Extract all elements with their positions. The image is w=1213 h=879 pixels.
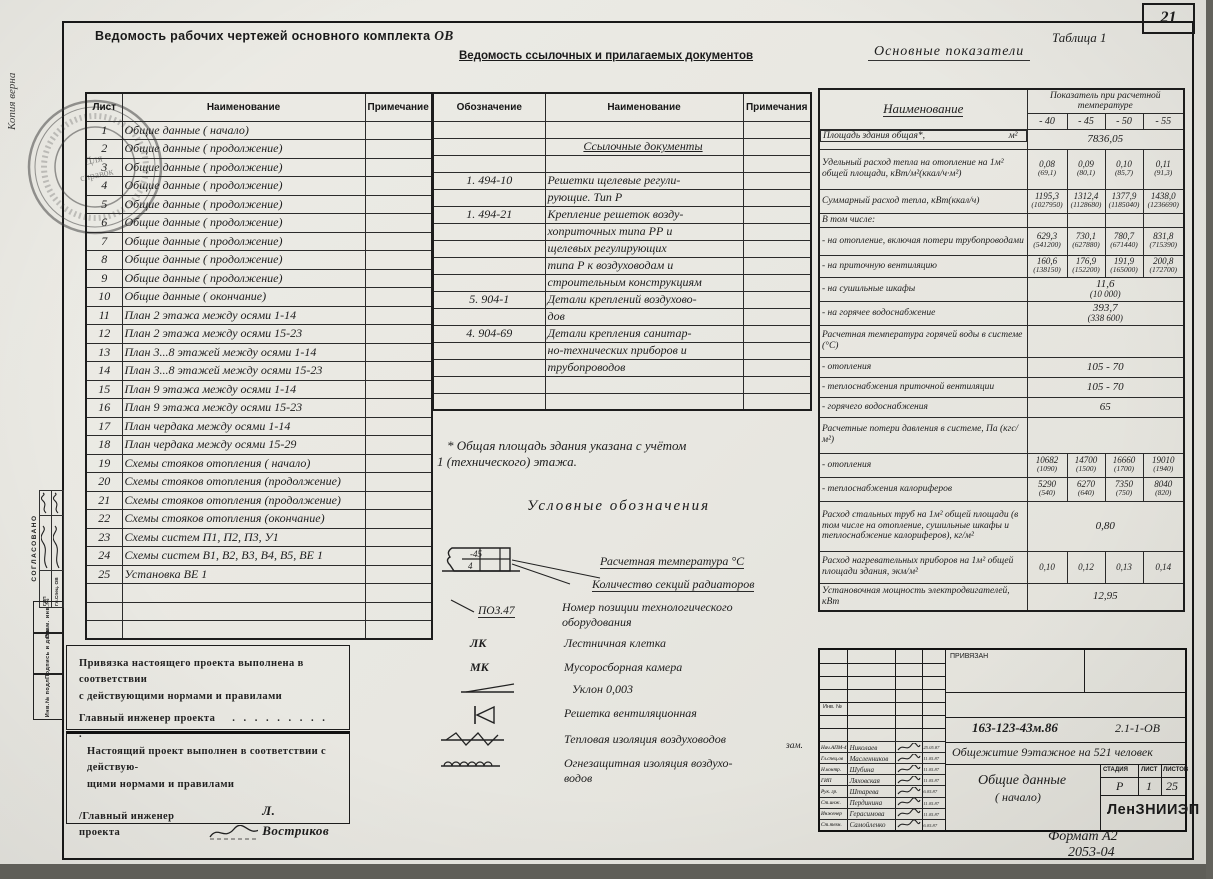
signature-date: 11.05.87 bbox=[923, 767, 945, 772]
vbox-inv: Инв.№ подл. bbox=[33, 673, 63, 720]
drawings-row: 1Общие данные ( начало) bbox=[86, 121, 432, 140]
title-block: ПРИВЯЗАН Инв. № 163-123-43м.86 2.1-1-ОВ … bbox=[818, 648, 1187, 832]
inv-podl-label: Инв.№ подл. bbox=[45, 676, 51, 716]
sheet-no-cell: 3 bbox=[86, 158, 122, 177]
ind-row: - на горячее водоснабжение393,7(338 600) bbox=[819, 301, 1184, 325]
drawings-row: 22Схемы стояков отопления (окончание) bbox=[86, 510, 432, 529]
sheet-no-cell: 16 bbox=[86, 399, 122, 418]
ref-note-cell bbox=[743, 376, 811, 393]
signature-name: Самойленко bbox=[848, 821, 897, 829]
mk-symbol: МК bbox=[470, 660, 489, 674]
ind-value-cell: 7350(750) bbox=[1105, 477, 1143, 501]
sheet-note-cell bbox=[365, 214, 432, 233]
sheet-no-cell: 14 bbox=[86, 362, 122, 381]
ind-value-paren: (671440) bbox=[1108, 241, 1141, 249]
ref-name-cell bbox=[545, 155, 743, 172]
legend-mk-label: Мусоросборная камера bbox=[564, 660, 682, 675]
sheet-no-cell: 19 bbox=[86, 454, 122, 473]
ind-row: В том числе: bbox=[819, 213, 1184, 227]
sheet-name-cell: План чердака между осями 15-29 bbox=[122, 436, 365, 455]
ind-row: Расчетная температура горячей воды в сис… bbox=[819, 325, 1184, 357]
indicators-table-container: НаименованиеПоказатель при расчетной тем… bbox=[818, 88, 1185, 612]
ind-span-cell: 65 bbox=[1027, 397, 1184, 417]
ref-row bbox=[433, 393, 811, 410]
vbox-podpis: Подпись и дата bbox=[33, 632, 63, 675]
drawings-row: 17План чердака между осями 1-14 bbox=[86, 417, 432, 436]
privyazan-label: ПРИВЯЗАН bbox=[950, 653, 988, 660]
drawing-title: Общие данные bbox=[978, 773, 1066, 789]
ref-table: ОбозначениеНаименованиеПримечанияСсылочн… bbox=[432, 92, 812, 411]
drawings-table-container: ЛистНаименованиеПримечание1Общие данные … bbox=[85, 92, 433, 640]
ind-value-cell: 1438,0(1236690) bbox=[1143, 189, 1184, 213]
ref-designation-cell: 1. 494-10 bbox=[433, 172, 545, 189]
drawings-row: 7Общие данные ( продолжение) bbox=[86, 232, 432, 251]
sheet-note-cell bbox=[365, 251, 432, 270]
ind-span-cell: 393,7(338 600) bbox=[1027, 301, 1184, 325]
ind-value-paren: (820) bbox=[1146, 489, 1182, 497]
sheet-no-cell: 23 bbox=[86, 528, 122, 547]
ref-note-cell bbox=[743, 308, 811, 325]
ref-note-cell bbox=[743, 291, 811, 308]
format-note: Формат А2 bbox=[1048, 829, 1118, 845]
agreed-label: СОГЛАСОВАНО bbox=[31, 488, 38, 608]
ind-span-main: 105 - 70 bbox=[1030, 382, 1182, 393]
ref-designation-cell bbox=[433, 308, 545, 325]
signature-date: 11.05.87 bbox=[923, 812, 945, 817]
ind-header-row-1: НаименованиеПоказатель при расчетной тем… bbox=[819, 89, 1184, 113]
chief-engineer-signature-icon bbox=[208, 825, 258, 841]
lk-symbol: ЛК bbox=[470, 636, 486, 650]
ind-value-main: 0,14 bbox=[1146, 563, 1182, 572]
sheet-number-box: 21 bbox=[1142, 3, 1195, 34]
sheet-note-cell bbox=[365, 491, 432, 510]
sheet-no-cell: 2 bbox=[86, 140, 122, 159]
ind-label-cell: В том числе: bbox=[819, 213, 1027, 227]
sheet-no-cell: 21 bbox=[86, 491, 122, 510]
sheet-note-cell bbox=[365, 325, 432, 344]
ref-name-cell: дов bbox=[545, 308, 743, 325]
order-code: 2053-04 bbox=[1068, 845, 1115, 861]
ref-row: Ссылочные документы bbox=[433, 138, 811, 155]
sheet-note-cell bbox=[365, 177, 432, 196]
ref-note-cell bbox=[743, 206, 811, 223]
signature-scribble-icon bbox=[53, 525, 61, 569]
approval2-line1: Настоящий проект выполнен в соответствии… bbox=[79, 744, 337, 777]
ref-designation-cell bbox=[433, 223, 545, 240]
signature-mark bbox=[897, 816, 924, 834]
sheet-no-cell: 7 bbox=[86, 232, 122, 251]
signature-name: Штарева bbox=[848, 788, 897, 796]
agreed-date bbox=[40, 491, 52, 516]
ind-label-cell: Площадь здания общая*,м² bbox=[820, 130, 1027, 143]
ind-row: Расчетные потери давления в системе, Па … bbox=[819, 417, 1184, 453]
ind-value-cell: 176,9(152200) bbox=[1067, 255, 1105, 277]
ref-designation-cell bbox=[433, 257, 545, 274]
stage-label: СТАДИЯ bbox=[1103, 767, 1128, 773]
radiator-symbol: -454 bbox=[440, 534, 610, 590]
ind-value-paren: (1090) bbox=[1030, 465, 1065, 473]
ref-designation-cell bbox=[433, 274, 545, 291]
ref-note-cell bbox=[743, 257, 811, 274]
signature-role: Н.контр. bbox=[820, 767, 848, 773]
ind-span-main: 7836,05 bbox=[1030, 134, 1182, 145]
ref-row: трубопроводов bbox=[433, 359, 811, 376]
drawings-header-1: Наименование bbox=[122, 93, 365, 121]
approval2-name: Л. Востриков bbox=[262, 801, 337, 841]
ref-name-cell bbox=[545, 376, 743, 393]
project-title: Общежитие 9этажное на 521 человек bbox=[952, 745, 1153, 760]
approval2-signoff: /Главный инженер проекта bbox=[79, 809, 204, 842]
approval2-line2: щими нормами и правилами bbox=[79, 777, 337, 793]
ind-label-cell: - на сушильные шкафы bbox=[819, 277, 1027, 301]
ref-name-cell: Крепление решеток возду- bbox=[545, 206, 743, 223]
signature-name: Ляховская bbox=[848, 777, 897, 785]
sheet-value: 1 bbox=[1146, 779, 1152, 794]
ref-row: 1. 494-10Решетки щелевые регули- bbox=[433, 172, 811, 189]
sheet-note-cell bbox=[365, 121, 432, 140]
radiator-temp: -45 bbox=[470, 549, 482, 559]
ref-designation-cell bbox=[433, 189, 545, 206]
sheet-no-cell: 11 bbox=[86, 306, 122, 325]
legend-radiator-sections: Количество секций радиаторов bbox=[592, 577, 754, 592]
ref-row bbox=[433, 376, 811, 393]
ind-span-cell: 105 - 70 bbox=[1027, 357, 1184, 377]
ind-value-cell: 629,3(541200) bbox=[1027, 227, 1067, 255]
ref-note-cell bbox=[743, 155, 811, 172]
sheet-name-cell: Общие данные ( продолжение) bbox=[122, 195, 365, 214]
drawings-row: 16План 9 этажа между осями 15-23 bbox=[86, 399, 432, 418]
stage-value: Р bbox=[1116, 779, 1123, 794]
ref-name-cell: но-технических приборов и bbox=[545, 342, 743, 359]
ind-value-cell: 0,09(80,1) bbox=[1067, 149, 1105, 189]
ind-row: - отопления10682(1090)14700(1500)16660(1… bbox=[819, 453, 1184, 477]
sheet-name-cell: Схемы стояков отопления ( начало) bbox=[122, 454, 365, 473]
ind-value-cell bbox=[1027, 213, 1067, 227]
ref-designation-cell bbox=[433, 138, 545, 155]
ind-value-paren: (85,7) bbox=[1108, 169, 1141, 177]
sheet-note-cell bbox=[365, 528, 432, 547]
ind-value-cell: 0,11(91,3) bbox=[1143, 149, 1184, 189]
sheet-note-cell bbox=[365, 436, 432, 455]
signature-role: Ст.инж. bbox=[820, 800, 848, 806]
ref-name-cell: щелевых регулирующих bbox=[545, 240, 743, 257]
ind-value-cell: 0,12 bbox=[1067, 551, 1105, 583]
drawings-header-row: ЛистНаименованиеПримечание bbox=[86, 93, 432, 121]
approval-box-2: Настоящий проект выполнен в соответствии… bbox=[66, 731, 350, 824]
ind-row: Площадь здания общая*,м²7836,05 bbox=[819, 129, 1184, 149]
drawings-row: 8Общие данные ( продолжение) bbox=[86, 251, 432, 270]
ind-label-cell: Расчетная температура горячей воды в сис… bbox=[819, 325, 1027, 357]
drawing-title-2: ( начало) bbox=[995, 790, 1041, 805]
drawings-row: 12План 2 этажа между осями 15-23 bbox=[86, 325, 432, 344]
organization: ЛенЗНИИЭП bbox=[1107, 802, 1200, 818]
ind-value-cell: 19010(1940) bbox=[1143, 453, 1184, 477]
ref-name-cell: рующие. Тип Р bbox=[545, 189, 743, 206]
signature-date: 6.05.87 bbox=[923, 823, 945, 828]
ref-name-cell: строительным конструкциям bbox=[545, 274, 743, 291]
ind-span-main: 65 bbox=[1030, 402, 1182, 413]
ind-value-paren: (750) bbox=[1108, 489, 1141, 497]
ind-row: Суммарный расход тепла, кВт(ккал/ч)1195,… bbox=[819, 189, 1184, 213]
ind-value-paren: (541200) bbox=[1030, 241, 1065, 249]
legend-fire-label: Огнезащитная изоляция воздухо-водов bbox=[564, 756, 733, 786]
indicators-table: НаименованиеПоказатель при расчетной тем… bbox=[818, 88, 1185, 612]
ind-value-cell: 6270(640) bbox=[1067, 477, 1105, 501]
ind-row: - теплоснабжения приточной вентиляции105… bbox=[819, 377, 1184, 397]
sheet-note-cell bbox=[365, 306, 432, 325]
ind-row: Установочная мощность электродвигателей,… bbox=[819, 583, 1184, 611]
ind-row: - отопления105 - 70 bbox=[819, 357, 1184, 377]
drawings-row: 19Схемы стояков отопления ( начало) bbox=[86, 454, 432, 473]
sheet-no-cell: 5 bbox=[86, 195, 122, 214]
footnote: * Общая площадь здания указана с учётом … bbox=[447, 438, 686, 470]
ref-row bbox=[433, 155, 811, 172]
ref-name-cell: Ссылочные документы bbox=[545, 138, 743, 155]
ref-header-0: Обозначение bbox=[433, 93, 545, 121]
temp-header-0: - 40 bbox=[1027, 113, 1067, 129]
ind-value-cell: 14700(1500) bbox=[1067, 453, 1105, 477]
ind-value-paren: (1027950) bbox=[1030, 201, 1065, 209]
ref-row: 4. 904-69Детали крепления санитар- bbox=[433, 325, 811, 342]
slope-symbol-icon bbox=[460, 680, 516, 696]
indicators-title: Основные показатели bbox=[868, 44, 1030, 61]
drawings-empty-row bbox=[86, 602, 432, 621]
thermal-insulation-symbol-icon bbox=[440, 730, 506, 748]
ind-value-cell: 10682(1090) bbox=[1027, 453, 1067, 477]
sheet-note-cell bbox=[365, 343, 432, 362]
sheet-name-cell: Общие данные ( продолжение) bbox=[122, 269, 365, 288]
ind-label-cell: - теплоснабжения приточной вентиляции bbox=[819, 377, 1027, 397]
temp-header-3: - 55 bbox=[1143, 113, 1184, 129]
drawings-row: 14План 3...8 этажей между осями 15-23 bbox=[86, 362, 432, 381]
sheet-name-cell: План 3...8 этажей между осями 1-14 bbox=[122, 343, 365, 362]
legend-lk-symbol: ЛК bbox=[470, 636, 486, 651]
ind-span-main: 393,7 bbox=[1030, 303, 1182, 314]
ind-span-cell bbox=[1027, 325, 1184, 357]
sheet-name-cell: Общие данные ( продолжение) bbox=[122, 177, 365, 196]
signature-role: Инженер bbox=[820, 811, 848, 817]
ref-designation-cell bbox=[433, 240, 545, 257]
sheet-note-cell bbox=[365, 473, 432, 492]
legend-title: Условные обозначения bbox=[527, 498, 710, 515]
sheet-no-cell: 9 bbox=[86, 269, 122, 288]
approval1-line2: с действующими нормами и правилами bbox=[79, 689, 337, 705]
ref-name-cell bbox=[545, 393, 743, 410]
ref-designation-cell: 1. 494-21 bbox=[433, 206, 545, 223]
ref-row: строительным конструкциям bbox=[433, 274, 811, 291]
drawings-empty-row bbox=[86, 621, 432, 640]
sheet-no-cell: 12 bbox=[86, 325, 122, 344]
slope-label: Уклон 0,003 bbox=[572, 682, 633, 696]
sheet-no-cell: 13 bbox=[86, 343, 122, 362]
indicators-name-header: Наименование bbox=[819, 89, 1027, 129]
drawings-empty-row bbox=[86, 584, 432, 603]
ind-value-cell: 5290(540) bbox=[1027, 477, 1067, 501]
ind-label-cell: Расчетные потери давления в системе, Па … bbox=[819, 417, 1027, 453]
ind-value-paren: (1940) bbox=[1146, 465, 1182, 473]
sheet-note-cell bbox=[365, 232, 432, 251]
sheet-no-cell: 20 bbox=[86, 473, 122, 492]
signature-name: Герасимова bbox=[848, 810, 897, 818]
sheet-no-cell: 18 bbox=[86, 436, 122, 455]
grille-label: Решетка вентиляционная bbox=[564, 706, 697, 720]
drawings-header-0: Лист bbox=[86, 93, 122, 121]
ind-value-paren: (1236690) bbox=[1146, 201, 1182, 209]
sheet-name-cell: Общие данные ( продолжение) bbox=[122, 158, 365, 177]
sheet-name-cell: Общие данные ( продолжение) bbox=[122, 251, 365, 270]
scanned-sheet: 21 Копия верна Для справок СОГЛАСОВАНО Г… bbox=[0, 0, 1206, 864]
ind-value-paren: (152200) bbox=[1070, 266, 1103, 274]
ind-value-main: 0,12 bbox=[1070, 563, 1103, 572]
ind-value-paren: (80,1) bbox=[1070, 169, 1103, 177]
ind-value-paren: (640) bbox=[1070, 489, 1103, 497]
ref-row: 5. 904-1Детали креплений воздухово- bbox=[433, 291, 811, 308]
ind-label-cell: - на горячее водоснабжение bbox=[819, 301, 1027, 325]
ref-designation-cell bbox=[433, 359, 545, 376]
sheet-note-cell bbox=[365, 565, 432, 584]
ind-value-main: 0,13 bbox=[1108, 563, 1141, 572]
ind-value-cell: 160,6(138150) bbox=[1027, 255, 1067, 277]
ind-value-cell bbox=[1105, 213, 1143, 227]
signature-scribble-icon bbox=[53, 492, 60, 514]
ind-value-cell: 0,10 bbox=[1027, 551, 1067, 583]
ref-name-cell: Детали креплений воздухово- bbox=[545, 291, 743, 308]
ref-row: дов bbox=[433, 308, 811, 325]
ref-row: типа Р к воздуховодам и bbox=[433, 257, 811, 274]
drawings-row: 24Схемы систем В1, В2, В3, В4, В5, ВЕ 1 bbox=[86, 547, 432, 566]
drawings-row: 3Общие данные ( продолжение) bbox=[86, 158, 432, 177]
ref-row: но-технических приборов и bbox=[433, 342, 811, 359]
radiator-sections-label: Количество секций радиаторов bbox=[592, 577, 754, 592]
sheet-no-cell: 10 bbox=[86, 288, 122, 307]
drawings-row: 20Схемы стояков отопления (продолжение) bbox=[86, 473, 432, 492]
signature-date: 6.05.87 bbox=[923, 789, 945, 794]
ind-label-cell: Удельный расход тепла на отопление на 1м… bbox=[819, 149, 1027, 189]
ind-value-main: 0,10 bbox=[1030, 563, 1065, 572]
ind-label-cell: - теплоснабжения калориферов bbox=[819, 477, 1027, 501]
ref-note-cell bbox=[743, 274, 811, 291]
ind-value-paren: (1185040) bbox=[1108, 201, 1141, 209]
pos-label-2: оборудования bbox=[562, 615, 733, 630]
pos-label-1: Номер позиции технологического bbox=[562, 600, 733, 615]
ind-span-paren: (338 600) bbox=[1030, 314, 1182, 324]
mk-label: Мусоросборная камера bbox=[564, 660, 682, 674]
sheet-no-cell: 8 bbox=[86, 251, 122, 270]
drawings-row: 10Общие данные ( окончание) bbox=[86, 288, 432, 307]
agreed-block: СОГЛАСОВАНО ГИПГл.Спец. ОВ bbox=[31, 488, 64, 608]
ind-value-cell: 8040(820) bbox=[1143, 477, 1184, 501]
drawings-row: 25Установка ВЕ 1 bbox=[86, 565, 432, 584]
ref-name-cell: трубопроводов bbox=[545, 359, 743, 376]
sheet-no-cell: 6 bbox=[86, 214, 122, 233]
sheet-name-cell: Схемы систем В1, В2, В3, В4, В5, ВЕ 1 bbox=[122, 547, 365, 566]
approval-box-1: Привязка настоящего проекта выполнена в … bbox=[66, 645, 350, 730]
ind-row: - горячего водоснабжения65 bbox=[819, 397, 1184, 417]
ind-span-main: 11,6 bbox=[1030, 279, 1182, 290]
ind-label-cell: - отопления bbox=[819, 357, 1027, 377]
indicators-cap-header: Показатель при расчетной температуре bbox=[1027, 89, 1184, 113]
ref-designation-cell bbox=[433, 121, 545, 138]
legend-grille-label: Решетка вентиляционная bbox=[564, 706, 697, 721]
ind-row: - теплоснабжения калориферов5290(540)627… bbox=[819, 477, 1184, 501]
sheet-note-cell bbox=[365, 158, 432, 177]
ref-name-cell: хоприточных типа РР и bbox=[545, 223, 743, 240]
drawings-row: 5Общие данные ( продолжение) bbox=[86, 195, 432, 214]
signature-scribble-icon bbox=[897, 820, 921, 829]
fire-insulation-symbol-icon bbox=[440, 756, 502, 770]
legend-mk-symbol: МК bbox=[470, 660, 489, 675]
ref-row: рующие. Тип Р bbox=[433, 189, 811, 206]
ind-span-cell bbox=[1027, 417, 1184, 453]
ind-row: - на приточную вентиляцию160,6(138150)17… bbox=[819, 255, 1184, 277]
drawings-row: 18План чердака между осями 15-29 bbox=[86, 436, 432, 455]
sheet-note-cell bbox=[365, 454, 432, 473]
ind-span-main: 12,95 bbox=[1030, 591, 1182, 602]
sheet-name-cell: Общие данные ( продолжение) bbox=[122, 214, 365, 233]
ind-label-cell: Установочная мощность электродвигателей,… bbox=[819, 583, 1027, 611]
ind-value-paren: (91,3) bbox=[1146, 169, 1182, 177]
ref-row bbox=[433, 121, 811, 138]
ind-value-paren: (1700) bbox=[1108, 465, 1141, 473]
agreed-row: ГИП bbox=[40, 491, 52, 608]
sheet-note-cell bbox=[365, 510, 432, 529]
ind-value-paren: (627880) bbox=[1070, 241, 1103, 249]
sheet-name-cell: Схемы стояков отопления (окончание) bbox=[122, 510, 365, 529]
titleblock-signature-row: Ст.техн.Самойленко6.05.87 bbox=[820, 819, 945, 831]
lk-label: Лестничная клетка bbox=[564, 636, 666, 650]
drawings-row: 11План 2 этажа между осями 1-14 bbox=[86, 306, 432, 325]
ref-designation-cell: 4. 904-69 bbox=[433, 325, 545, 342]
ind-label-cell: Расход стальных труб на 1м² общей площад… bbox=[819, 501, 1027, 551]
sheet-no-cell: 17 bbox=[86, 417, 122, 436]
ref-designation-cell bbox=[433, 155, 545, 172]
ind-value-cell: 0,08(69,1) bbox=[1027, 149, 1067, 189]
ind-label-cell: - горячего водоснабжения bbox=[819, 397, 1027, 417]
approval1-signoff: Главный инженер проекта bbox=[79, 713, 215, 724]
ref-list-title: Ведомость ссылочных и прилагаемых докуме… bbox=[459, 50, 753, 62]
sheet-label: ЛИСТ bbox=[1141, 767, 1157, 773]
temp-header-1: - 45 bbox=[1067, 113, 1105, 129]
sheet-no-cell: 15 bbox=[86, 380, 122, 399]
ref-note-cell bbox=[743, 325, 811, 342]
doc-number: 163-123-43м.86 bbox=[972, 720, 1058, 736]
ind-value-cell: 0,13 bbox=[1105, 551, 1143, 583]
radiator-symbol-icon: -454 bbox=[440, 534, 610, 586]
ind-span-main: 0,80 bbox=[1030, 521, 1182, 532]
signature-name: Масленников bbox=[848, 755, 897, 763]
signature-date: 11.05.87 bbox=[923, 778, 945, 783]
sheets-value: 25 bbox=[1166, 779, 1178, 794]
ref-note-cell bbox=[743, 223, 811, 240]
sheet-no-cell: 22 bbox=[86, 510, 122, 529]
ind-value-cell: 730,1(627880) bbox=[1067, 227, 1105, 255]
ind-value-paren: (69,1) bbox=[1030, 169, 1065, 177]
drawings-row: 2Общие данные ( продолжение) bbox=[86, 140, 432, 159]
ind-span-cell: 12,95 bbox=[1027, 583, 1184, 611]
sheets-label: ЛИСТОВ bbox=[1163, 767, 1188, 773]
drawings-row: 4Общие данные ( продолжение) bbox=[86, 177, 432, 196]
scan-edge-bottom bbox=[0, 864, 1213, 879]
zam-note: зам. bbox=[786, 741, 803, 751]
legend-pos-symbol: ПОЗ.47 bbox=[450, 598, 515, 618]
sheet-name-cell: Схемы стояков отопления (продолжение) bbox=[122, 473, 365, 492]
agreed-table: ГИПГл.Спец. ОВ bbox=[39, 490, 64, 608]
sheet-note-cell bbox=[365, 547, 432, 566]
agreed-date bbox=[52, 491, 64, 516]
drawings-row: 6Общие данные ( продолжение) bbox=[86, 214, 432, 233]
legend-slope-symbol bbox=[460, 680, 516, 700]
drawings-list-title-text: Ведомость рабочих чертежей основного ком… bbox=[95, 29, 430, 43]
